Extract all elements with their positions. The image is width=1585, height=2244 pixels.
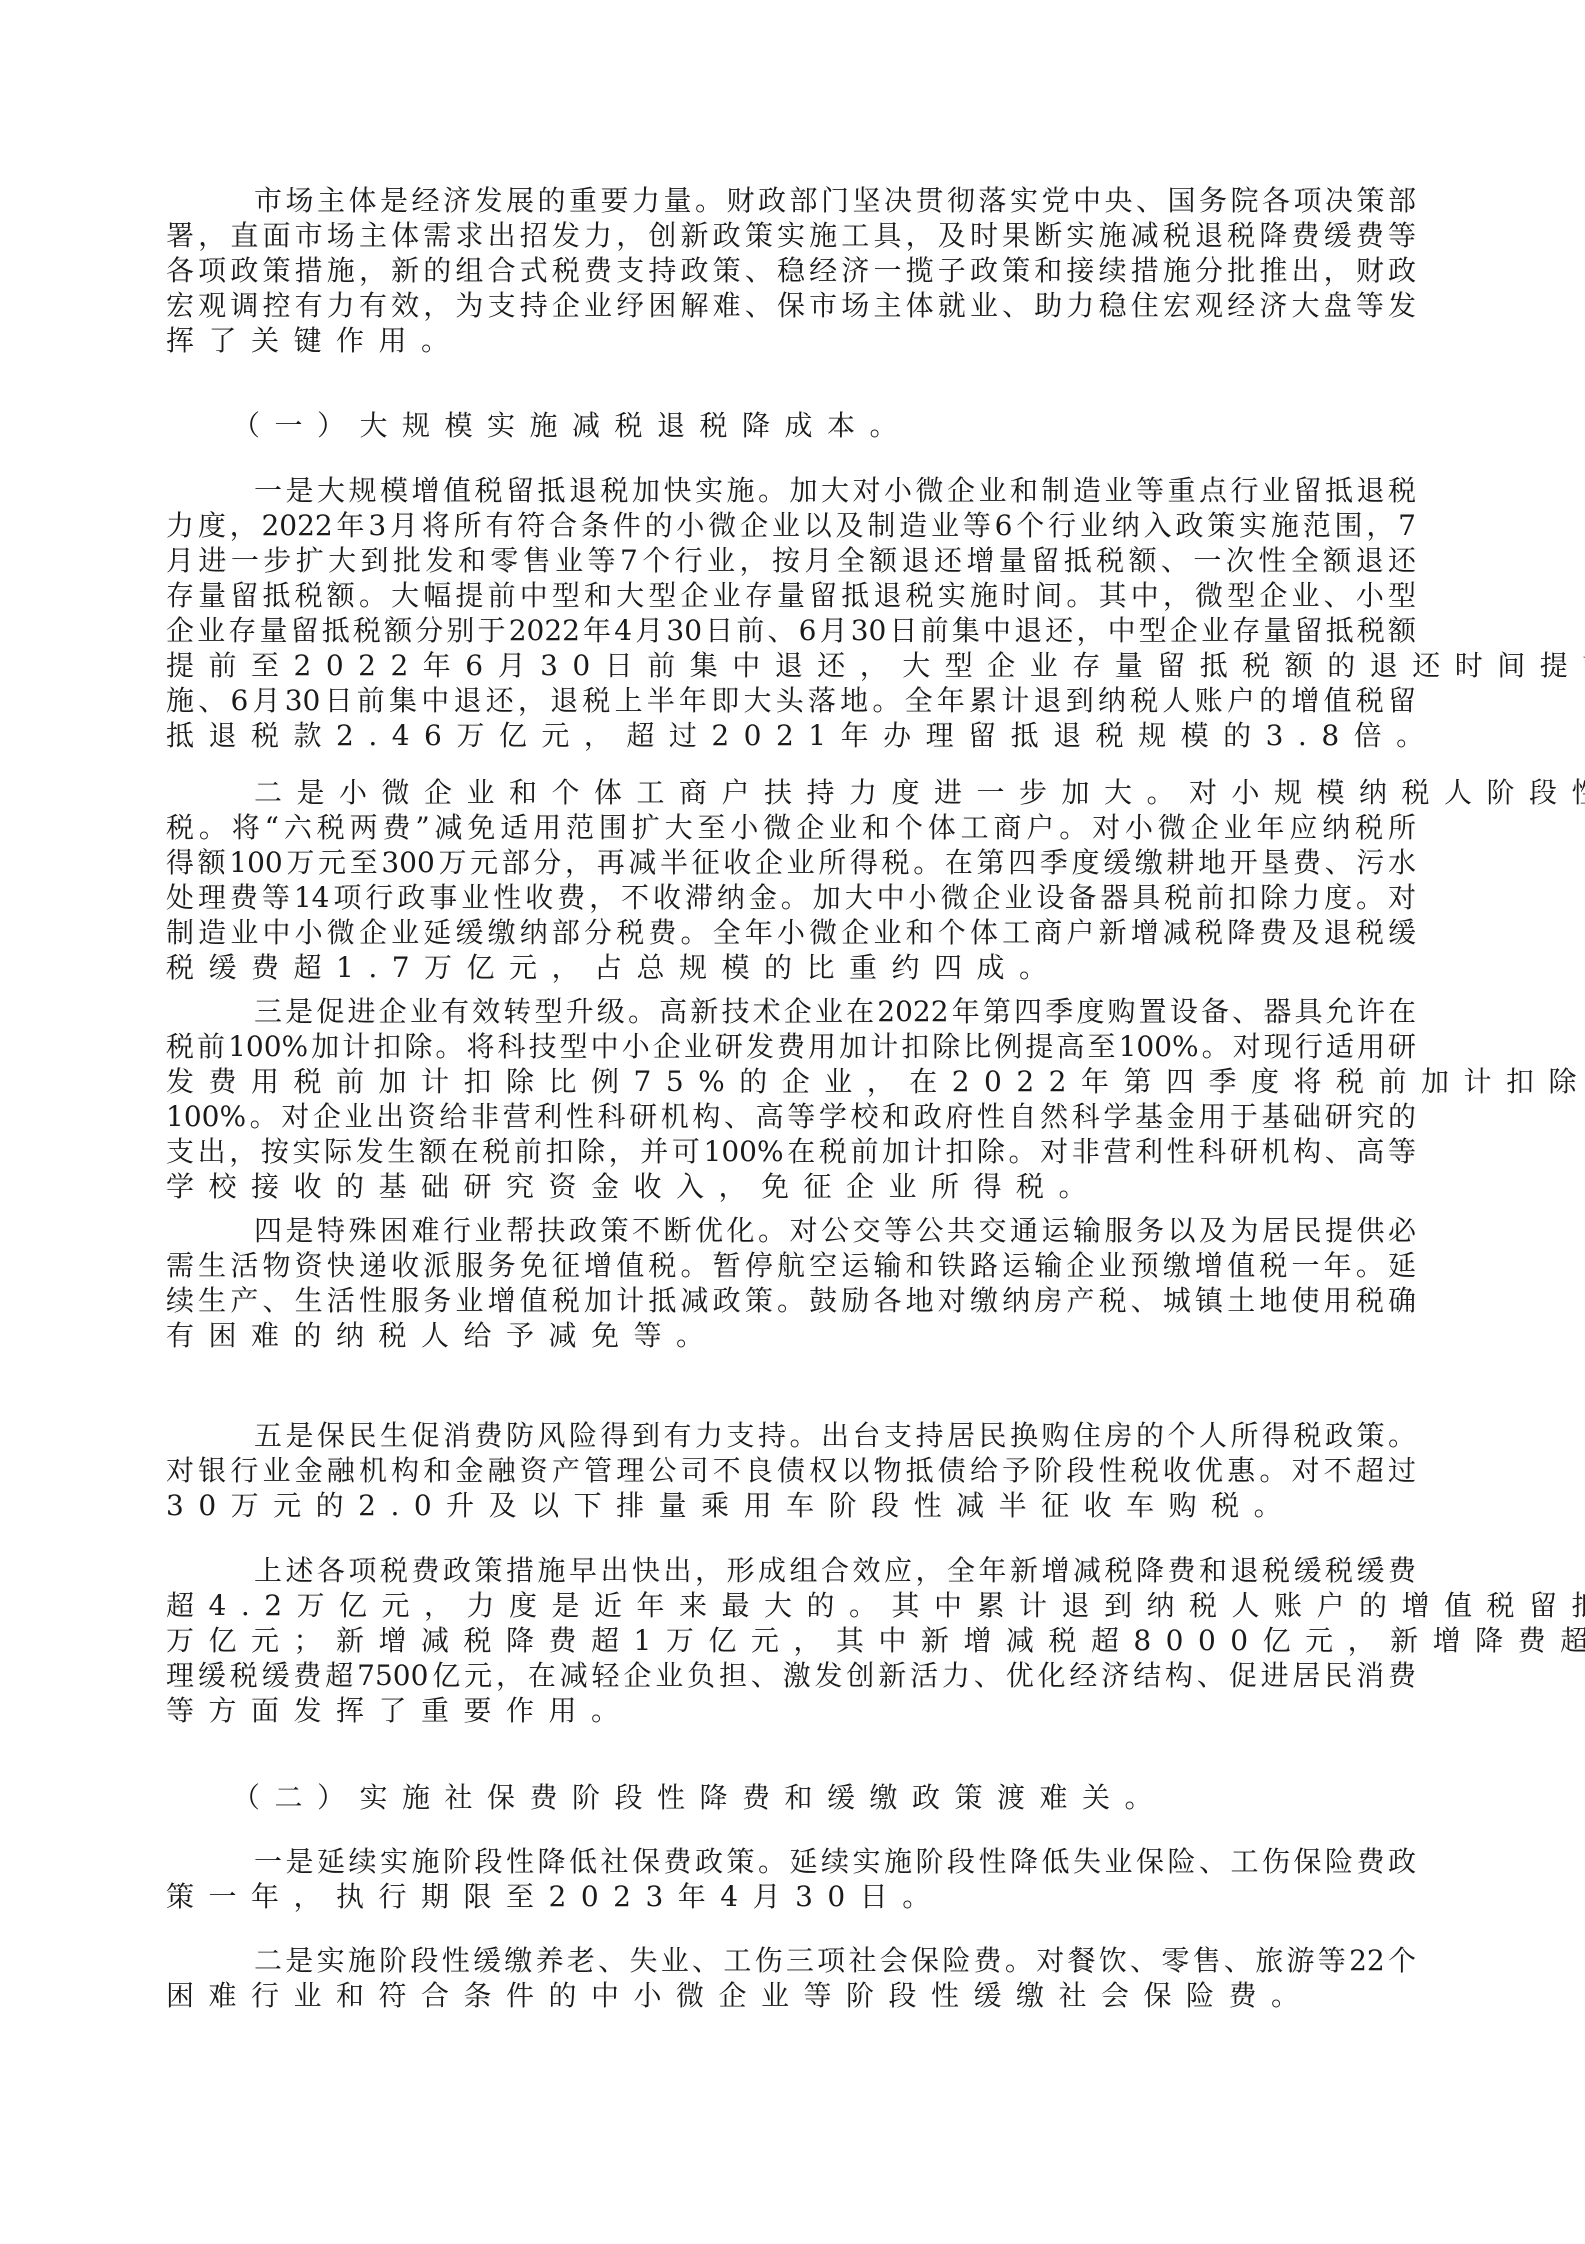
text-line: 四是特殊困难行业帮扶政策不断优化。对公交等公共交通运输服务以及为居民提供必 [166,1213,1416,1248]
paragraph-social-security-reduction: 一是延续实施阶段性降低社保费政策。延续实施阶段性降低失业保险、工伤保险费政 策一… [166,1844,1416,1914]
text-line: 万亿元；新增减税降费超1万亿元，其中新增减税超8000亿元，新增降费超2000亿… [166,1623,1416,1658]
text-line: 署，直面市场主体需求出招发力，创新政策实施工具，及时果断实施减税退税降费缓费等 [166,218,1416,253]
text-line: 挥了关键作用。 [166,323,1416,358]
section-heading-1: （一）大规模实施减税退税降成本。 [166,408,1416,443]
text-line: 抵退税款2.46万亿元，超过2021年办理留抵退税规模的3.8倍。 [166,718,1416,753]
intro-paragraph: 市场主体是经济发展的重要力量。财政部门坚决贯彻落实党中央、国务院各项决策部 署，… [166,183,1416,358]
paragraph-livelihood: 五是保民生促消费防风险得到有力支持。出台支持居民换购住房的个人所得税政策。 对银… [166,1418,1416,1523]
paragraph-small-business: 二是小微企业和个体工商户扶持力度进一步加大。对小规模纳税人阶段性免征增值 税。将… [166,775,1416,985]
text-line: 力度，2022年3月将所有符合条件的小微企业以及制造业等6个行业纳入政策实施范围… [166,508,1416,543]
text-line: 需生活物资快递收派服务免征增值税。暂停航空运输和铁路运输企业预缴增值税一年。延 [166,1248,1416,1283]
text-line: 等方面发挥了重要作用。 [166,1693,1416,1728]
text-line: 宏观调控有力有效，为支持企业纾困解难、保市场主体就业、助力稳住宏观经济大盘等发 [166,288,1416,323]
text-line: 困难行业和符合条件的中小微企业等阶段性缓缴社会保险费。 [166,1978,1416,2013]
text-line: 各项政策措施，新的组合式税费支持政策、稳经济一揽子政策和接续措施分批推出，财政 [166,253,1416,288]
text-line: 支出，按实际发生额在税前扣除，并可100%在税前加计扣除。对非营利性科研机构、高… [166,1134,1416,1169]
text-line: 有困难的纳税人给予减免等。 [166,1318,1416,1353]
text-line: 一是大规模增值税留抵退税加快实施。加大对小微企业和制造业等重点行业留抵退税 [166,473,1416,508]
paragraph-summary: 上述各项税费政策措施早出快出，形成组合效应，全年新增减税降费和退税缓税缓费 超4… [166,1553,1416,1728]
text-line: 30万元的2.0升及以下排量乘用车阶段性减半征收车购税。 [166,1488,1416,1523]
paragraph-difficult-industries: 四是特殊困难行业帮扶政策不断优化。对公交等公共交通运输服务以及为居民提供必 需生… [166,1213,1416,1353]
text-line: 二是实施阶段性缓缴养老、失业、工伤三项社会保险费。对餐饮、零售、旅游等22个 [166,1943,1416,1978]
paragraph-transformation: 三是促进企业有效转型升级。高新技术企业在2022年第四季度购置设备、器具允许在 … [166,994,1416,1204]
paragraph-vat-refund: 一是大规模增值税留抵退税加快实施。加大对小微企业和制造业等重点行业留抵退税 力度… [166,473,1416,753]
text-line: 处理费等14项行政事业性收费，不收滞纳金。加大中小微企业设备器具税前扣除力度。对 [166,880,1416,915]
text-line: 学校接收的基础研究资金收入，免征企业所得税。 [166,1169,1416,1204]
text-line: 得额100万元至300万元部分，再减半征收企业所得税。在第四季度缓缴耕地开垦费、… [166,845,1416,880]
text-line: 月进一步扩大到批发和零售业等7个行业，按月全额退还增量留抵税额、一次性全额退还 [166,543,1416,578]
text-line: 超4.2万亿元，力度是近年来最大的。其中累计退到纳税人账户的增值税留抵退税款2.… [166,1588,1416,1623]
text-line: 施、6月30日前集中退还，退税上半年即大头落地。全年累计退到纳税人账户的增值税留 [166,683,1416,718]
text-line: 税。将“六税两费”减免适用范围扩大至小微企业和个体工商户。对小微企业年应纳税所 [166,810,1416,845]
text-line: 三是促进企业有效转型升级。高新技术企业在2022年第四季度购置设备、器具允许在 [166,994,1416,1029]
heading-text: （一）大规模实施减税退税降成本。 [166,408,1416,443]
text-line: 企业存量留抵税额分别于2022年4月30日前、6月30日前集中退还，中型企业存量… [166,613,1416,648]
text-line: 上述各项税费政策措施早出快出，形成组合效应，全年新增减税降费和退税缓税缓费 [166,1553,1416,1588]
text-line: 发费用税前加计扣除比例75%的企业，在2022年第四季度将税前加计扣除比例提高至 [166,1064,1416,1099]
text-line: 制造业中小微企业延缓缴纳部分税费。全年小微企业和个体工商户新增减税降费及退税缓 [166,915,1416,950]
text-line: 对银行业金融机构和金融资产管理公司不良债权以物抵债给予阶段性税收优惠。对不超过 [166,1453,1416,1488]
text-line: 税缓费超1.7万亿元，占总规模的比重约四成。 [166,950,1416,985]
text-line: 市场主体是经济发展的重要力量。财政部门坚决贯彻落实党中央、国务院各项决策部 [166,183,1416,218]
text-line: 二是小微企业和个体工商户扶持力度进一步加大。对小规模纳税人阶段性免征增值 [166,775,1416,810]
paragraph-social-security-deferral: 二是实施阶段性缓缴养老、失业、工伤三项社会保险费。对餐饮、零售、旅游等22个 困… [166,1943,1416,2013]
text-line: 理缓税缓费超7500亿元，在减轻企业负担、激发创新活力、优化经济结构、促进居民消… [166,1658,1416,1693]
text-line: 策一年，执行期限至2023年4月30日。 [166,1879,1416,1914]
text-line: 100%。对企业出资给非营利性科研机构、高等学校和政府性自然科学基金用于基础研究… [166,1099,1416,1134]
text-line: 存量留抵税额。大幅提前中型和大型企业存量留抵退税实施时间。其中，微型企业、小型 [166,578,1416,613]
text-line: 提前至2022年6月30日前集中退还，大型企业存量留抵税额的退还时间提前至6月1… [166,648,1416,683]
text-line: 税前100%加计扣除。将科技型中小企业研发费用加计扣除比例提高至100%。对现行… [166,1029,1416,1064]
text-line: 五是保民生促消费防风险得到有力支持。出台支持居民换购住房的个人所得税政策。 [166,1418,1416,1453]
text-line: 续生产、生活性服务业增值税加计抵减政策。鼓励各地对缴纳房产税、城镇土地使用税确 [166,1283,1416,1318]
section-heading-2: （二）实施社保费阶段性降费和缓缴政策渡难关。 [166,1780,1416,1815]
heading-text: （二）实施社保费阶段性降费和缓缴政策渡难关。 [166,1780,1416,1815]
text-line: 一是延续实施阶段性降低社保费政策。延续实施阶段性降低失业保险、工伤保险费政 [166,1844,1416,1879]
